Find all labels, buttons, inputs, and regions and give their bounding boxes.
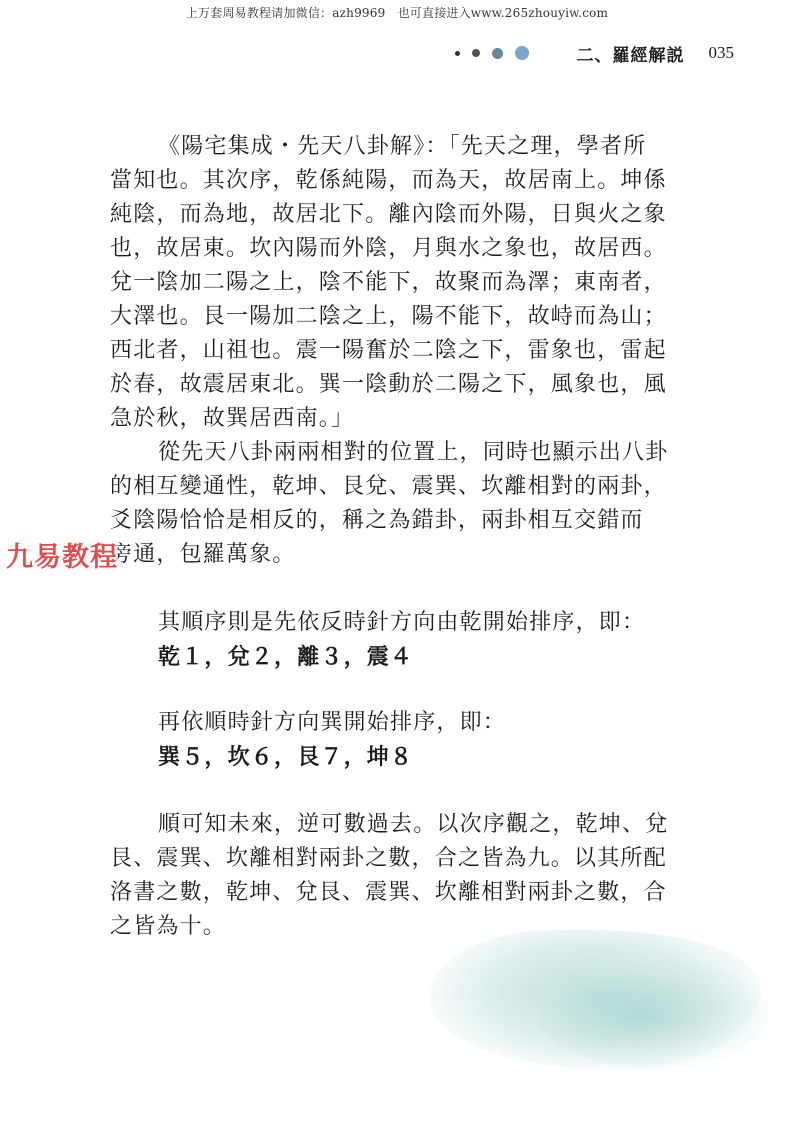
top-watermark: 上万套周易教程请加微信：azh9969 也可直接进入www.265zhouyiw… — [0, 4, 794, 21]
text-line: 爻陰陽恰恰是相反的，稱之為錯卦，兩卦相互交錯而 — [110, 504, 690, 538]
text-line: 純陰，而為地，故居北下。離內陰而外陽，日與火之象 — [110, 198, 690, 232]
decorative-dots — [455, 46, 529, 60]
dot-icon — [472, 49, 480, 57]
paragraph-numbers: 順可知未來，逆可數過去。以次序觀之，乾坤、兌 艮、震巽、坎離相對兩卦之數，合之皆… — [110, 808, 690, 944]
text-line: 順可知未來，逆可數過去。以次序觀之，乾坤、兌 — [110, 808, 690, 842]
text-line: 旁通，包羅萬象。 — [110, 538, 690, 572]
clockwise-intro: 再依順時針方向巽開始排序，即： — [110, 706, 690, 740]
text-line: 也，故居東。坎內陽而外陰，月與水之象也，故居西。 — [110, 232, 690, 266]
text-line: 《陽宅集成・先天八卦解》：「先天之理，學者所 — [110, 130, 690, 164]
text-line: 大澤也。艮一陽加二陰之上，陽不能下，故峙而為山； — [110, 300, 690, 334]
dot-icon — [515, 46, 529, 60]
counterclockwise-intro: 其順序則是先依反時針方向由乾開始排序，即： — [110, 606, 690, 640]
text-line: 之皆為十。 — [110, 910, 690, 944]
clockwise-values: 巽５，坎６，艮７，坤８ — [110, 740, 690, 774]
text-line: 急於秋，故巽居西南。」 — [110, 402, 690, 436]
dot-icon — [455, 51, 460, 56]
sequence-block: 其順序則是先依反時針方向由乾開始排序，即： 乾１，兌２，離３，震４ 再依順時針方… — [110, 606, 690, 774]
page-body: 《陽宅集成・先天八卦解》：「先天之理，學者所 當知也。其次序，乾係純陽，而為天，… — [110, 130, 690, 944]
text-line: 洛書之數，乾坤、兌艮、震巽、坎離相對兩卦之數，合 — [110, 876, 690, 910]
counterclockwise-values: 乾１，兌２，離３，震４ — [110, 640, 690, 674]
text-line: 艮、震巽、坎離相對兩卦之數，合之皆為九。以其所配 — [110, 842, 690, 876]
dot-icon — [492, 48, 503, 59]
text-line: 西北者，山祖也。震一陽奮於二陰之下，雷象也，雷起 — [110, 334, 690, 368]
text-line: 從先天八卦兩兩相對的位置上，同時也顯示出八卦 — [110, 436, 690, 470]
paragraph-quote: 《陽宅集成・先天八卦解》：「先天之理，學者所 當知也。其次序，乾係純陽，而為天，… — [110, 130, 690, 436]
running-head: 二、羅經解説 035 — [455, 40, 735, 66]
text-line: 兌一陰加二陽之上，陰不能下，故聚而為澤；東南者， — [110, 266, 690, 300]
text-line: 當知也。其次序，乾係純陽，而為天，故居南上。坤係 — [110, 164, 690, 198]
side-watermark: 九易教程 — [6, 541, 118, 575]
page-number: 035 — [709, 43, 735, 63]
text-line: 的相互變通性，乾坤、艮兌、震巽、坎離相對的兩卦， — [110, 470, 690, 504]
chapter-title: 二、羅經解説 — [577, 41, 685, 66]
text-line: 於春，故震居東北。巽一陰動於二陽之下，風象也，風 — [110, 368, 690, 402]
paragraph-opposition: 從先天八卦兩兩相對的位置上，同時也顯示出八卦 的相互變通性，乾坤、艮兌、震巽、坎… — [110, 436, 690, 572]
